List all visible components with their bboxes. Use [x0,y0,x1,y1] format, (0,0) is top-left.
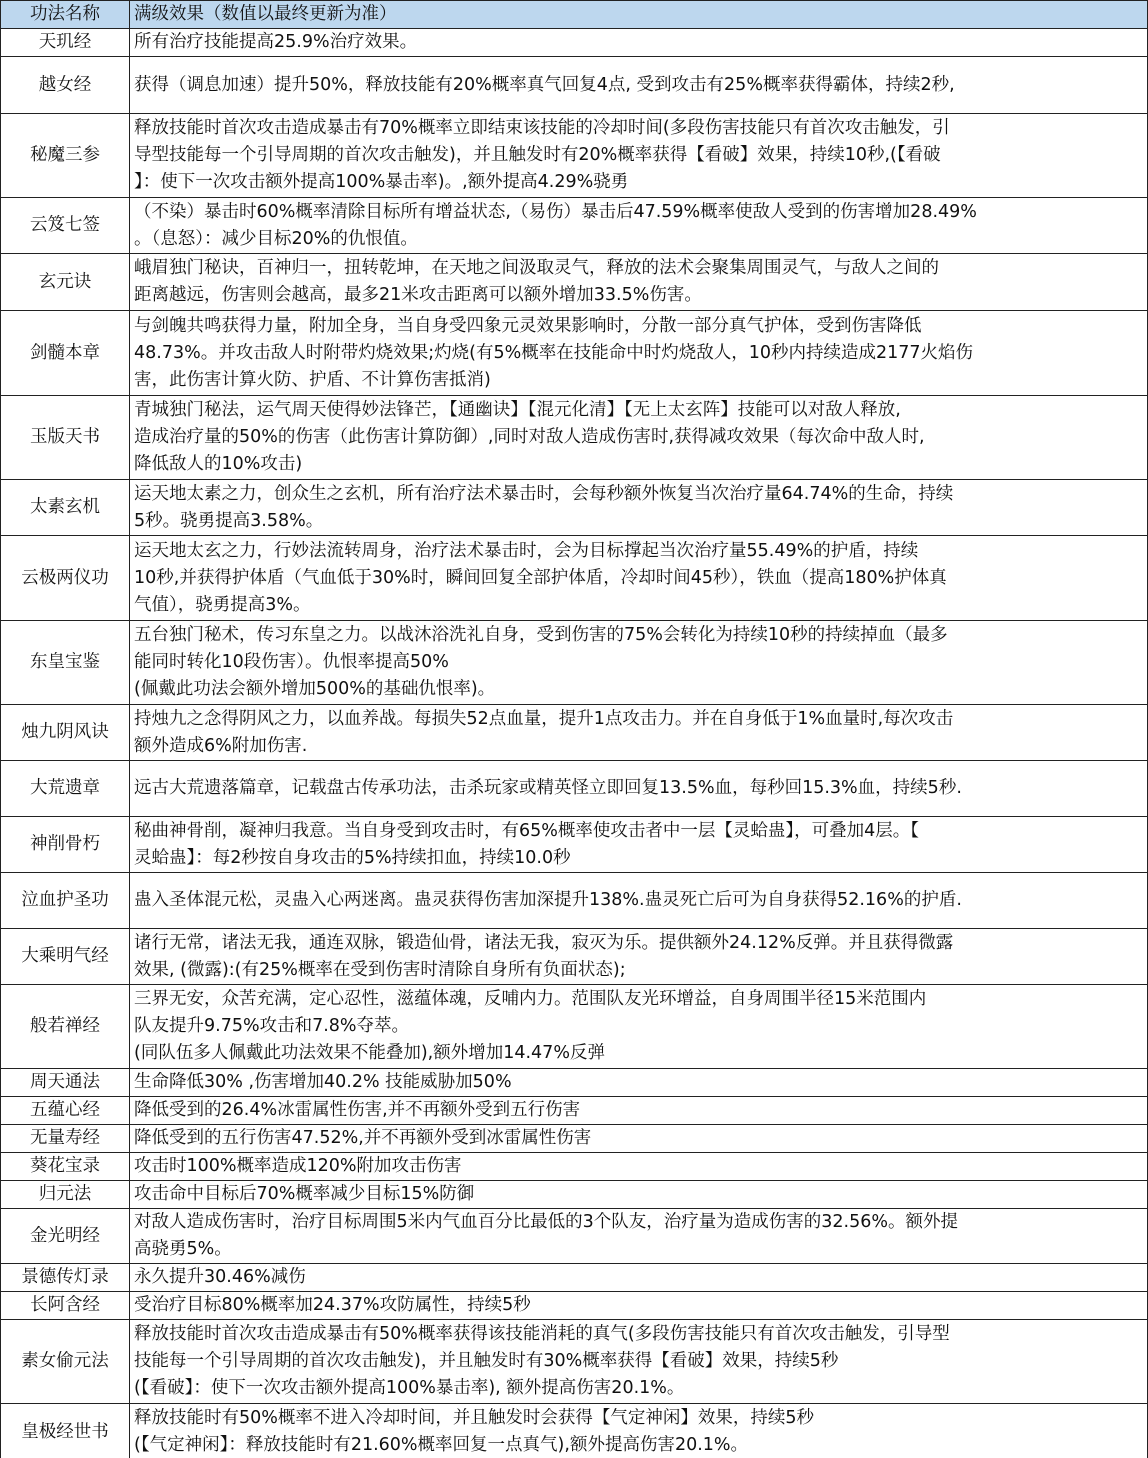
table-row: 玄元诀峨眉独门秘诀，百神归一，扭转乾坤，在天地之间汲取灵气，释放的法术会聚集周围… [1,254,1148,311]
header-effect-cell: 满级效果（数值以最终更新为准） [130,1,1148,29]
effect-text-line: 青城独门秘法，运气周天使得妙法锋芒，【通幽诀】【混元化清】【无上太玄阵】技能可以… [134,397,1144,424]
effect-text-line: 释放技能时有50%概率不进入冷却时间，并且触发时会获得【气定神闲】效果，持续5秒 [134,1405,1144,1432]
effect-text-line: 蛊入圣体混元松，灵蛊入心两迷离。蛊灵获得伤害加深提升138%.蛊灵死亡后可为自身… [134,887,1144,914]
gongfa-name-cell: 皇极经世书 [1,1404,130,1458]
effect-text-line: 高骁勇5%。 [134,1236,1144,1263]
table-row: 剑髓本章与剑魄共鸣获得力量，附加全身，当自身受四象元灵效果影响时，分散一部分真气… [1,311,1148,396]
effect-text-line: 对敌人造成伤害时，治疗目标周围5米内气血百分比最低的3个队友，治疗量为造成伤害的… [134,1209,1144,1236]
gongfa-name-cell: 长阿含经 [1,1292,130,1320]
effect-text-line: (【看破】：使下一次攻击额外提高100%暴击率), 额外提高伤害20.1%。 [134,1375,1144,1402]
table-row: 素女偷元法释放技能时首次攻击造成暴击有50%概率获得该技能消耗的真气(多段伤害技… [1,1320,1148,1404]
effect-text-line: 】：使下一次攻击额外提高100%暴击率)。,额外提高4.29%骁勇 [134,169,1144,196]
effect-text-line: 生命降低30% ,伤害增加40.2% 技能威胁加50% [134,1069,1144,1096]
table-row: 秘魔三参释放技能时首次攻击造成暴击有70%概率立即结束该技能的冷却时间(多段伤害… [1,114,1148,198]
table-row: 云极两仪功运天地太玄之力，行妙法流转周身，治疗法术暴击时，会为目标撑起当次治疗量… [1,536,1148,621]
effect-text-line: 远古大荒遗落篇章，记载盘古传承功法，击杀玩家或精英怪立即回复13.5%血，每秒回… [134,775,1144,802]
effect-text-line: 获得（调息加速）提升50%，释放技能有20%概率真气回复4点, 受到攻击有25%… [134,72,1144,99]
gongfa-effect-cell: 对敌人造成伤害时，治疗目标周围5米内气血百分比最低的3个队友，治疗量为造成伤害的… [130,1209,1148,1264]
gongfa-effect-cell: 降低受到的26.4%冰雷属性伤害,并不再额外受到五行伤害 [130,1097,1148,1125]
effect-text-line: 导型技能每一个引导周期的首次攻击触发)，并且触发时有20%概率获得【看破】效果，… [134,142,1144,169]
table-row: 大荒遗章远古大荒遗落篇章，记载盘古传承功法，击杀玩家或精英怪立即回复13.5%血… [1,761,1148,817]
gongfa-effect-cell: 永久提升30.46%减伤 [130,1264,1148,1292]
effect-text-line: 造成治疗量的50%的伤害（此伤害计算防御）,同时对敌人造成伤害时,获得减攻效果（… [134,424,1144,451]
effect-text-line: 永久提升30.46%减伤 [134,1264,1144,1291]
gongfa-name-cell: 玉版天书 [1,396,130,480]
effect-text-line: 降低敌人的10%攻击) [134,451,1144,478]
effect-text-line: 。（息怒）：减少目标20%的仇恨值。 [134,226,1144,253]
gongfa-name-cell: 大荒遗章 [1,761,130,817]
table-row: 烛九阴风诀持烛九之念得阴风之力，以血养战。每损失52点血量，提升1点攻击力。并在… [1,705,1148,761]
effect-text-line: 诸行无常，诸法无我，通连双脉，锻造仙骨，诸法无我，寂灭为乐。提供额外24.12%… [134,930,1144,957]
effect-text-line: 能同时转化10段伤害）。仇恨率提高50% [134,649,1144,676]
table-row: 金光明经对敌人造成伤害时，治疗目标周围5米内气血百分比最低的3个队友，治疗量为造… [1,1209,1148,1264]
gongfa-effect-cell: 峨眉独门秘诀，百神归一，扭转乾坤，在天地之间汲取灵气，释放的法术会聚集周围灵气，… [130,254,1148,311]
gongfa-effect-cell: 受治疗目标80%概率加24.37%攻防属性，持续5秒 [130,1292,1148,1320]
table-row: 归元法攻击命中目标后70%概率减少目标15%防御 [1,1181,1148,1209]
effect-text-line: 所有治疗技能提高25.9%治疗效果。 [134,29,1144,56]
table-row: 葵花宝录攻击时100%概率造成120%附加攻击伤害 [1,1153,1148,1181]
table-row: 越女经获得（调息加速）提升50%，释放技能有20%概率真气回复4点, 受到攻击有… [1,57,1148,114]
effect-text-line: 害，此伤害计算火防、护盾、不计算伤害抵消) [134,367,1144,394]
table-row: 景德传灯录永久提升30.46%减伤 [1,1264,1148,1292]
table-row: 周天通法生命降低30% ,伤害增加40.2% 技能威胁加50% [1,1069,1148,1097]
gongfa-name-cell: 大乘明气经 [1,929,130,985]
effect-text-line: 释放技能时首次攻击造成暴击有70%概率立即结束该技能的冷却时间(多段伤害技能只有… [134,115,1144,142]
table-row: 皇极经世书释放技能时有50%概率不进入冷却时间，并且触发时会获得【气定神闲】效果… [1,1404,1148,1458]
effect-text-line: 降低受到的五行伤害47.52%,并不再额外受到冰雷属性伤害 [134,1125,1144,1152]
gongfa-effect-cell: 生命降低30% ,伤害增加40.2% 技能威胁加50% [130,1069,1148,1097]
effect-text-line: 五台独门秘术，传习东皇之力。以战沐浴洗礼自身，受到伤害的75%会转化为持续10秒… [134,622,1144,649]
table-header-row: 功法名称 满级效果（数值以最终更新为准） [1,1,1148,29]
gongfa-effect-cell: 与剑魄共鸣获得力量，附加全身，当自身受四象元灵效果影响时，分散一部分真气护体，受… [130,311,1148,396]
gongfa-name-cell: 葵花宝录 [1,1153,130,1181]
effect-text-line: 10秒,并获得护体盾（气血低于30%时，瞬间回复全部护体盾，冷却时间45秒），铁… [134,565,1144,592]
gongfa-effect-cell: 持烛九之念得阴风之力，以血养战。每损失52点血量，提升1点攻击力。并在自身低于1… [130,705,1148,761]
gongfa-name-cell: 无量寿经 [1,1125,130,1153]
gongfa-effect-cell: 攻击时100%概率造成120%附加攻击伤害 [130,1153,1148,1181]
gongfa-name-cell: 般若禅经 [1,985,130,1069]
gongfa-effect-cell: （不染）暴击时60%概率清除目标所有增益状态,（易伤）暴击后47.59%概率使敌… [130,198,1148,254]
effect-text-line: 秘曲神骨削，凝神归我意。当自身受到攻击时，有65%概率使攻击者中一层【灵蛤蛊】，… [134,818,1144,845]
gongfa-name-cell: 天玑经 [1,29,130,57]
gongfa-effect-cell: 运天地太玄之力，行妙法流转周身，治疗法术暴击时，会为目标撑起当次治疗量55.49… [130,536,1148,621]
effect-text-line: 与剑魄共鸣获得力量，附加全身，当自身受四象元灵效果影响时，分散一部分真气护体，受… [134,313,1144,340]
table-row: 东皇宝鉴五台独门秘术，传习东皇之力。以战沐浴洗礼自身，受到伤害的75%会转化为持… [1,621,1148,705]
gongfa-name-cell: 五蕴心经 [1,1097,130,1125]
gongfa-effect-cell: 释放技能时首次攻击造成暴击有50%概率获得该技能消耗的真气(多段伤害技能只有首次… [130,1320,1148,1404]
effect-text-line: 攻击时100%概率造成120%附加攻击伤害 [134,1153,1144,1180]
gongfa-name-cell: 云笈七签 [1,198,130,254]
effect-text-line: 三界无安，众苦充满，定心忍性，滋蕴体魂，反哺内力。范围队友光环增益，自身周围半径… [134,986,1144,1013]
table-row: 天玑经所有治疗技能提高25.9%治疗效果。 [1,29,1148,57]
table-row: 大乘明气经诸行无常，诸法无我，通连双脉，锻造仙骨，诸法无我，寂灭为乐。提供额外2… [1,929,1148,985]
gongfa-effect-cell: 释放技能时有50%概率不进入冷却时间，并且触发时会获得【气定神闲】效果，持续5秒… [130,1404,1148,1458]
effect-text-line: 灵蛤蛊】：每2秒按自身攻击的5%持续扣血，持续10.0秒 [134,845,1144,872]
gongfa-effect-cell: 五台独门秘术，传习东皇之力。以战沐浴洗礼自身，受到伤害的75%会转化为持续10秒… [130,621,1148,705]
table-row: 般若禅经三界无安，众苦充满，定心忍性，滋蕴体魂，反哺内力。范围队友光环增益，自身… [1,985,1148,1069]
table-row: 泣血护圣功蛊入圣体混元松，灵蛊入心两迷离。蛊灵获得伤害加深提升138%.蛊灵死亡… [1,873,1148,929]
effect-text-line: (【气定神闲】：释放技能时有21.60%概率回复一点真气),额外提高伤害20.1… [134,1432,1144,1458]
gongfa-effect-cell: 运天地太素之力，创众生之玄机，所有治疗法术暴击时，会每秒额外恢复当次治疗量64.… [130,480,1148,536]
gongfa-name-cell: 云极两仪功 [1,536,130,621]
gongfa-table: 功法名称 满级效果（数值以最终更新为准） 天玑经所有治疗技能提高25.9%治疗效… [0,0,1148,1458]
effect-text-line: 气值），骁勇提高3%。 [134,592,1144,619]
effect-text-line: 技能每一个引导周期的首次攻击触发)，并且触发时有30%概率获得【看破】效果，持续… [134,1348,1144,1375]
gongfa-name-cell: 神削骨朽 [1,817,130,873]
gongfa-name-cell: 素女偷元法 [1,1320,130,1404]
table-row: 无量寿经降低受到的五行伤害47.52%,并不再额外受到冰雷属性伤害 [1,1125,1148,1153]
effect-text-line: 释放技能时首次攻击造成暴击有50%概率获得该技能消耗的真气(多段伤害技能只有首次… [134,1321,1144,1348]
gongfa-effect-cell: 秘曲神骨削，凝神归我意。当自身受到攻击时，有65%概率使攻击者中一层【灵蛤蛊】，… [130,817,1148,873]
gongfa-effect-cell: 三界无安，众苦充满，定心忍性，滋蕴体魂，反哺内力。范围队友光环增益，自身周围半径… [130,985,1148,1069]
effect-text-line: 攻击命中目标后70%概率减少目标15%防御 [134,1181,1144,1208]
effect-text-line: 48.73%。并攻击敌人时附带灼烧效果;灼烧(有5%概率在技能命中时灼烧敌人，1… [134,340,1144,367]
header-name-cell: 功法名称 [1,1,130,29]
gongfa-name-cell: 周天通法 [1,1069,130,1097]
gongfa-name-cell: 东皇宝鉴 [1,621,130,705]
table-row: 五蕴心经降低受到的26.4%冰雷属性伤害,并不再额外受到五行伤害 [1,1097,1148,1125]
gongfa-effect-cell: 蛊入圣体混元松，灵蛊入心两迷离。蛊灵获得伤害加深提升138%.蛊灵死亡后可为自身… [130,873,1148,929]
gongfa-effect-cell: 降低受到的五行伤害47.52%,并不再额外受到冰雷属性伤害 [130,1125,1148,1153]
gongfa-effect-cell: 诸行无常，诸法无我，通连双脉，锻造仙骨，诸法无我，寂灭为乐。提供额外24.12%… [130,929,1148,985]
effect-text-line: (佩戴此功法会额外增加500%的基础仇恨率)。 [134,676,1144,703]
table-row: 玉版天书青城独门秘法，运气周天使得妙法锋芒，【通幽诀】【混元化清】【无上太玄阵】… [1,396,1148,480]
effect-text-line: 持烛九之念得阴风之力，以血养战。每损失52点血量，提升1点攻击力。并在自身低于1… [134,706,1144,733]
effect-text-line: 额外造成6%附加伤害. [134,733,1144,760]
gongfa-name-cell: 剑髓本章 [1,311,130,396]
gongfa-effect-cell: 释放技能时首次攻击造成暴击有70%概率立即结束该技能的冷却时间(多段伤害技能只有… [130,114,1148,198]
effect-text-line: 运天地太玄之力，行妙法流转周身，治疗法术暴击时，会为目标撑起当次治疗量55.49… [134,538,1144,565]
gongfa-name-cell: 玄元诀 [1,254,130,311]
effect-text-line: 距离越远，伤害则会越高，最多21米攻击距离可以额外增加33.5%伤害。 [134,282,1144,309]
gongfa-effect-cell: 攻击命中目标后70%概率减少目标15%防御 [130,1181,1148,1209]
gongfa-name-cell: 烛九阴风诀 [1,705,130,761]
gongfa-name-cell: 金光明经 [1,1209,130,1264]
effect-text-line: (同队伍多人佩戴此功法效果不能叠加),额外增加14.47%反弹 [134,1040,1144,1067]
effect-text-line: 队友提升9.75%攻击和7.8%夺萃。 [134,1013,1144,1040]
effect-text-line: 运天地太素之力，创众生之玄机，所有治疗法术暴击时，会每秒额外恢复当次治疗量64.… [134,481,1144,508]
effect-text-line: 受治疗目标80%概率加24.37%攻防属性，持续5秒 [134,1292,1144,1319]
gongfa-name-cell: 秘魔三参 [1,114,130,198]
effect-text-line: （不染）暴击时60%概率清除目标所有增益状态,（易伤）暴击后47.59%概率使敌… [134,199,1144,226]
gongfa-effect-cell: 获得（调息加速）提升50%，释放技能有20%概率真气回复4点, 受到攻击有25%… [130,57,1148,114]
effect-text-line: 5秒。骁勇提高3.58%。 [134,508,1144,535]
effect-text-line: 降低受到的26.4%冰雷属性伤害,并不再额外受到五行伤害 [134,1097,1144,1124]
table-body: 功法名称 满级效果（数值以最终更新为准） 天玑经所有治疗技能提高25.9%治疗效… [1,1,1148,1458]
table-row: 神削骨朽秘曲神骨削，凝神归我意。当自身受到攻击时，有65%概率使攻击者中一层【灵… [1,817,1148,873]
gongfa-name-cell: 景德传灯录 [1,1264,130,1292]
effect-text-line: 峨眉独门秘诀，百神归一，扭转乾坤，在天地之间汲取灵气，释放的法术会聚集周围灵气，… [134,255,1144,282]
effect-text-line: 效果, (微露):(有25%概率在受到伤害时清除自身所有负面状态); [134,957,1144,984]
gongfa-name-cell: 太素玄机 [1,480,130,536]
table-row: 太素玄机运天地太素之力，创众生之玄机，所有治疗法术暴击时，会每秒额外恢复当次治疗… [1,480,1148,536]
gongfa-effect-cell: 远古大荒遗落篇章，记载盘古传承功法，击杀玩家或精英怪立即回复13.5%血，每秒回… [130,761,1148,817]
gongfa-name-cell: 归元法 [1,1181,130,1209]
table-row: 长阿含经受治疗目标80%概率加24.37%攻防属性，持续5秒 [1,1292,1148,1320]
gongfa-effect-cell: 青城独门秘法，运气周天使得妙法锋芒，【通幽诀】【混元化清】【无上太玄阵】技能可以… [130,396,1148,480]
gongfa-name-cell: 泣血护圣功 [1,873,130,929]
gongfa-name-cell: 越女经 [1,57,130,114]
table-row: 云笈七签（不染）暴击时60%概率清除目标所有增益状态,（易伤）暴击后47.59%… [1,198,1148,254]
gongfa-effect-cell: 所有治疗技能提高25.9%治疗效果。 [130,29,1148,57]
